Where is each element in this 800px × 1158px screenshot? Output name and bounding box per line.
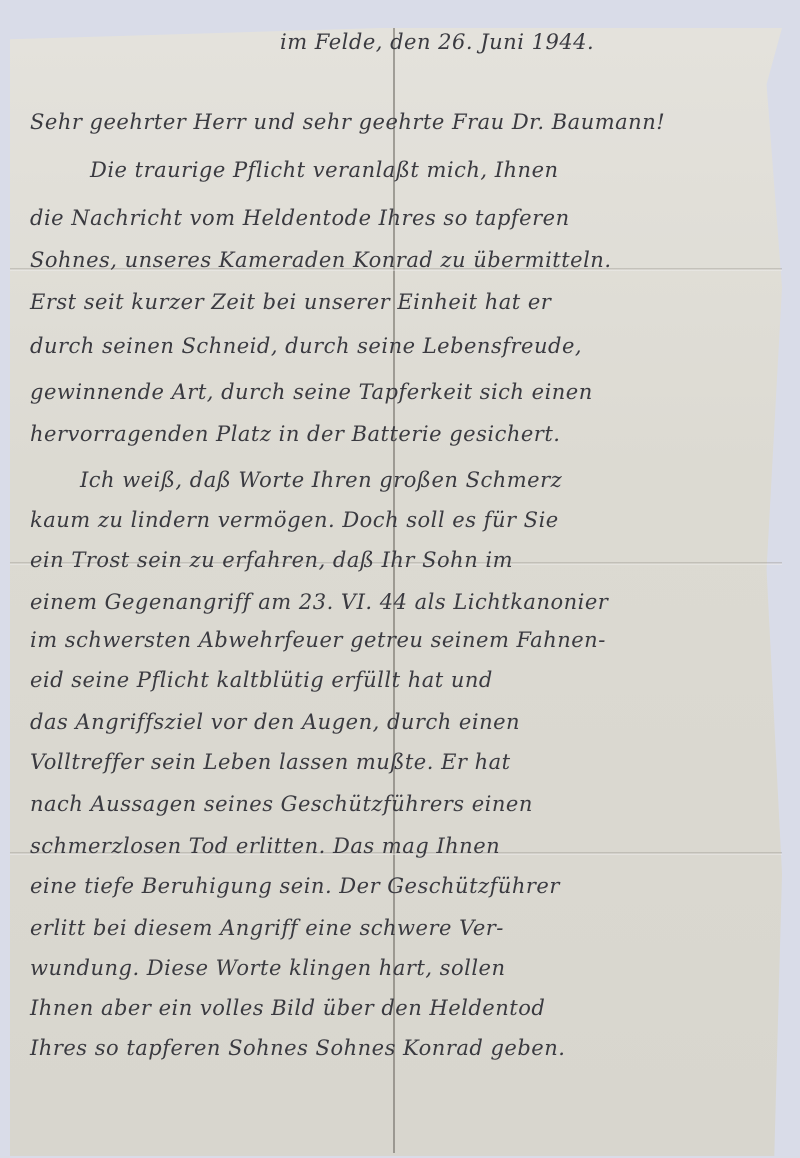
letter-line: wundung. Diese Worte klingen hart, solle… <box>30 956 506 980</box>
letter-line: Ihres so tapferen Sohnes Sohnes Konrad g… <box>30 1036 565 1060</box>
letter-line: eid seine Pflicht kaltblütig erfüllt hat… <box>30 668 493 692</box>
letter-line: schmerzlosen Tod erlitten. Das mag Ihnen <box>30 834 500 858</box>
letter-line: die Nachricht vom Heldentode Ihres so ta… <box>30 206 570 230</box>
letter-line: kaum zu lindern vermögen. Doch soll es f… <box>30 508 559 532</box>
letter-line: eine tiefe Beruhigung sein. Der Geschütz… <box>30 874 560 898</box>
letter-line: einem Gegenangriff am 23. VI. 44 als Lic… <box>30 590 608 614</box>
letter-line: nach Aussagen seines Geschützführers ein… <box>30 792 533 816</box>
letter-line: Erst seit kurzer Zeit bei unserer Einhei… <box>30 290 551 314</box>
letter-line: ein Trost sein zu erfahren, daß Ihr Sohn… <box>30 548 513 572</box>
letter-line: Volltreffer sein Leben lassen mußte. Er … <box>30 750 511 774</box>
letter-line: hervorragenden Platz in der Batterie ges… <box>30 422 560 446</box>
letter-salutation: Sehr geehrter Herr und sehr geehrte Frau… <box>30 110 665 134</box>
letter-line: im schwersten Abwehrfeuer getreu seinem … <box>30 628 606 652</box>
letter-dateline: im Felde, den 26. Juni 1944. <box>280 30 594 54</box>
letter-line: Sohnes, unseres Kameraden Konrad zu über… <box>30 248 612 272</box>
letter-line: erlitt bei diesem Angriff eine schwere V… <box>30 916 504 940</box>
letter-line: Ich weiß, daß Worte Ihren großen Schmerz <box>80 468 562 492</box>
letter-line: durch seinen Schneid, durch seine Lebens… <box>30 334 582 358</box>
letter-line: gewinnende Art, durch seine Tapferkeit s… <box>30 380 593 404</box>
letter-line: das Angriffsziel vor den Augen, durch ei… <box>30 710 520 734</box>
letter-line: Ihnen aber ein volles Bild über den Held… <box>30 996 545 1020</box>
letter-line: Die traurige Pflicht veranlaßt mich, Ihn… <box>90 158 559 182</box>
